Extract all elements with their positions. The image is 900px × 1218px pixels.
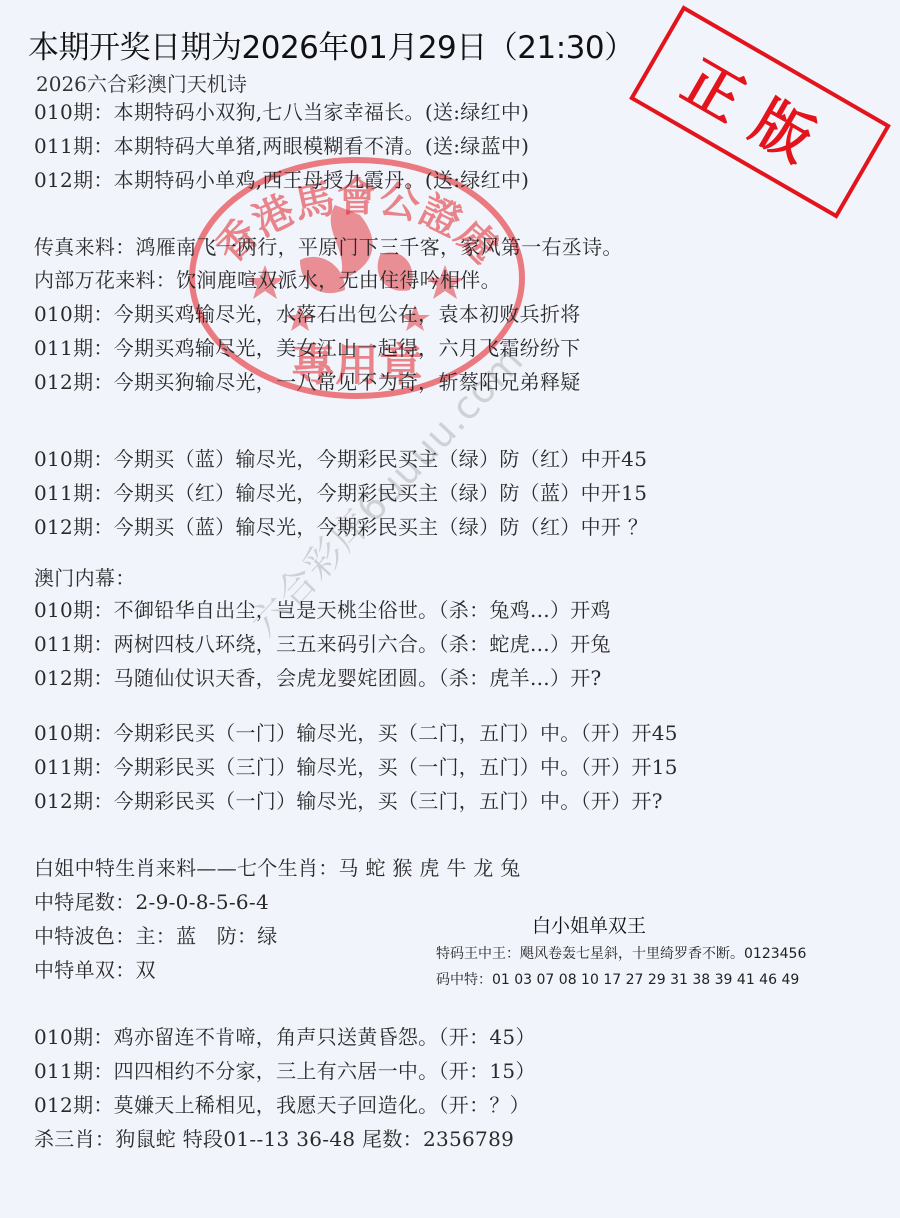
macau-inside-line: 012期：马随仙仗识天香，会虎龙婴姹团圆。（杀：虎羊...）开? [34,662,602,691]
macau-inside-line: 011期：两树四枝八环绕，三五来码引六合。（杀：蛇虎...）开兔 [34,628,611,657]
doors-line: 012期：今期彩民买（一门）输尽光，买（三门，五门）中。（开）开? [34,785,663,814]
color-line: 012期：今期买（蓝）输尽光，今期彩民买主（绿）防（红）中开 ？ [34,511,648,540]
buy-lose-line: 010期：今期买鸡输尽光，水落石出包公在，袁本初败兵折将 [34,298,581,327]
poem-line: 011期：四四相约不分家，三上有六居一中。（开：15） [34,1055,536,1084]
poem-line: 012期：莫嫌天上稀相见，我愿天子回造化。（开：？） [34,1089,530,1118]
box-title: 白小姐单双王 [532,911,646,938]
doors-line: 011期：今期彩民买（三门）输尽光，买（一门，五门）中。（开）开15 [34,751,678,780]
tianji-line: 011期：本期特码大单猪,两眼模糊看不清。(送:绿蓝中) [34,130,529,159]
buy-lose-line: 011期：今期买鸡输尽光，美女江山一起得，六月飞霜纷纷下 [34,332,581,361]
doors-line: 010期：今期彩民买（一门）输尽光，买（二门，五门）中。（开）开45 [34,717,678,746]
macau-inside-title: 澳门内幕： [34,562,136,591]
color-line: 011期：今期买（红）输尽光，今期彩民买主（绿）防（蓝）中开15 [34,477,647,506]
color-line: 010期：今期买（蓝）输尽光，今期彩民买主（绿）防（红）中开45 [34,443,647,472]
section-title-tianji: 2026六合彩澳门天机诗 [36,68,247,97]
poem-line: 010期：鸡亦留连不肯啼，角声只送黄昏怨。（开：45） [34,1021,536,1050]
baijie-oddeven-line: 中特单双：双 [34,954,156,983]
baijie-color-line: 中特波色：主：蓝 防：绿 [34,920,278,949]
buy-lose-line: 012期：今期买狗输尽光，一八常见不为奇，斩蔡阳兄弟释疑 [34,366,581,395]
page-title: 本期开奖日期为2026年01月29日（21:30） [28,22,635,67]
tianji-line: 012期：本期特码小单鸡,西王母授九霞丹。(送:绿红中) [34,164,529,193]
tianji-line: 010期：本期特码小双狗,七八当家幸福长。(送:绿红中) [34,96,529,125]
baijie-tail-line: 中特尾数：2-9-0-8-5-6-4 [34,886,269,915]
genuine-stamp: 正版 [629,5,891,219]
box-line-numbers: 码中特：01 03 07 08 10 17 27 29 31 38 39 41 … [436,969,799,989]
inner-line: 内部万花来料：饮涧鹿喧双派水，无由住得吟相伴。 [34,264,501,293]
macau-inside-line: 010期：不御铅华自出尘，岂是天桃尘俗世。（杀：兔鸡...）开鸡 [34,594,611,623]
kill-zodiac-line: 杀三肖：狗鼠蛇 特段01--13 36-48 尾数：2356789 [34,1123,514,1152]
baijie-zodiac-line: 白姐中特生肖来料——七个生肖：马 蛇 猴 虎 牛 龙 兔 [34,852,521,881]
box-line-king: 特码王中王：飓风卷轰七星斜，十里绮罗香不断。0123456 [436,943,806,963]
fax-line: 传真来料：鸿雁南飞一两行，平原门下三千客，家风第一右丞诗。 [34,231,623,260]
